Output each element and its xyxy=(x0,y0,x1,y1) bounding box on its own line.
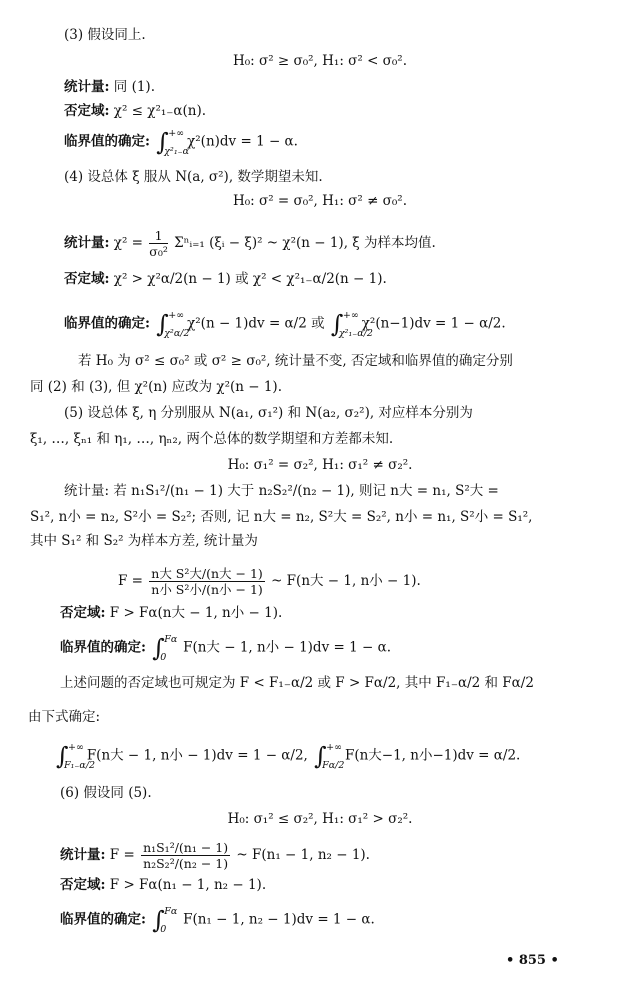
fraction: n₁S₁²/(n₁ − 1)n₂S₂²/(n₂ − 1) xyxy=(141,840,230,871)
section-5-heading: (5) 设总体 ξ, η 分别服从 N(a₁, σ₁²) 和 N(a₂, σ₂²… xyxy=(64,404,473,422)
label: 否定域: xyxy=(64,103,109,119)
alt-critical-values: ∫+∞F₁₋α/2 F(n大 − 1, n小 − 1)dv = 1 − α/2,… xyxy=(54,744,520,768)
section-4-heading: (4) 设总体 ξ 服从 N(a, σ²), 数学期望未知. xyxy=(64,168,323,186)
label: 临界值的确定: xyxy=(60,912,146,928)
statistic-4: 统计量: χ² = 1σ₀² Σⁿᵢ₌₁ (ξᵢ − ξ̄)² ~ χ²(n −… xyxy=(64,228,436,259)
rejection-region-4: 否定域: χ² > χ²α/2(n − 1) 或 χ² < χ²₁₋α/2(n … xyxy=(64,270,387,288)
hypothesis-3: H₀: σ² ≥ σ₀², H₁: σ² < σ₀². xyxy=(0,52,640,70)
section-5-cont: ξ₁, …, ξₙ₁ 和 η₁, …, ηₙ₂, 两个总体的数学期望和方差都未知… xyxy=(30,430,393,448)
value: 同 (1). xyxy=(114,79,155,95)
critical-value-3: 临界值的确定: ∫+∞χ²₁₋α χ²(n)dv = 1 − α. xyxy=(64,130,298,154)
critical-value-6: 临界值的确定: ∫Fα0 F(n₁ − 1, n₂ − 1)dv = 1 − α… xyxy=(60,908,375,932)
integral-sign: ∫Fα0 xyxy=(152,908,165,932)
integral-sign: ∫+∞χ²α/2 xyxy=(156,312,169,336)
integral-sign: ∫+∞χ²₁₋α xyxy=(156,130,169,154)
rejection-region-5: 否定域: F > Fα(n大 − 1, n小 − 1). xyxy=(60,604,282,622)
page-number: • 855 • xyxy=(506,952,559,970)
value: F > Fα(n₁ − 1, n₂ − 1). xyxy=(110,877,266,893)
label: 否定域: xyxy=(60,605,105,621)
label: 统计量: xyxy=(64,235,109,251)
rejection-region-3: 否定域: χ² ≤ χ²₁₋α(n). xyxy=(64,102,206,120)
label: 临界值的确定: xyxy=(64,134,150,150)
integral-sign: ∫+∞Fα/2 xyxy=(314,744,327,768)
value: χ²(n)dv = 1 − α. xyxy=(187,134,298,150)
integral-sign: ∫Fα0 xyxy=(152,636,165,660)
alt-rejection-region: 上述问题的否定域也可规定为 F < F₁₋α/2 或 F > Fα/2, 其中 … xyxy=(60,674,534,692)
value: F > Fα(n大 − 1, n小 − 1). xyxy=(110,605,283,621)
integral-sign: ∫+∞χ²₁₋α/2 xyxy=(331,312,344,336)
label: 否定域: xyxy=(60,877,105,893)
label: 临界值的确定: xyxy=(60,640,146,656)
critical-value-4: 临界值的确定: ∫+∞χ²α/2 χ²(n − 1)dv = α/2 或 ∫+∞… xyxy=(64,312,506,336)
statistic-6: 统计量: F = n₁S₁²/(n₁ − 1)n₂S₂²/(n₂ − 1) ~ … xyxy=(60,840,370,871)
statistic-5-intro: 统计量: 若 n₁S₁²/(n₁ − 1) 大于 n₂S₂²/(n₂ − 1),… xyxy=(64,482,499,500)
statistic-5-formula: F = n大 S²大/(n大 − 1)n小 S²小/(n小 − 1) ~ F(n… xyxy=(118,566,421,597)
value: χ² > χ²α/2(n − 1) 或 χ² < χ²₁₋α/2(n − 1). xyxy=(114,271,387,287)
hypothesis-6: H₀: σ₁² ≤ σ₂², H₁: σ₁² > σ₂². xyxy=(0,810,640,828)
label: 临界值的确定: xyxy=(64,316,150,332)
section-6-heading: (6) 假设同 (5). xyxy=(60,784,152,802)
statistic-3: 统计量: 同 (1). xyxy=(64,78,155,96)
label: 否定域: xyxy=(64,271,109,287)
label: 统计量: xyxy=(60,847,105,863)
section-3-heading: (3) 假设同上. xyxy=(64,26,146,44)
fraction: n大 S²大/(n大 − 1)n小 S²小/(n小 − 1) xyxy=(149,566,265,597)
paragraph-note: 若 H₀ 为 σ² ≤ σ₀² 或 σ² ≥ σ₀², 统计量不变, 否定域和临… xyxy=(78,352,513,370)
alt-rejection-intro: 由下式确定: xyxy=(28,708,100,726)
paragraph-note-cont: 同 (2) 和 (3), 但 χ²(n) 应改为 χ²(n − 1). xyxy=(30,378,282,396)
integral-sign: ∫+∞F₁₋α/2 xyxy=(56,744,69,768)
critical-value-5: 临界值的确定: ∫Fα0 F(n大 − 1, n小 − 1)dv = 1 − α… xyxy=(60,636,391,660)
statistic-5-cont2: 其中 S₁² 和 S₂² 为样本方差, 统计量为 xyxy=(30,532,258,550)
statistic-5-cont: S₁², n小 = n₂, S²小 = S₂²; 否则, 记 n大 = n₂, … xyxy=(30,508,532,526)
fraction: 1σ₀² xyxy=(149,228,168,259)
label: 统计量: xyxy=(64,79,109,95)
rejection-region-6: 否定域: F > Fα(n₁ − 1, n₂ − 1). xyxy=(60,876,266,894)
value: χ² ≤ χ²₁₋α(n). xyxy=(114,103,206,119)
hypothesis-5: H₀: σ₁² = σ₂², H₁: σ₁² ≠ σ₂². xyxy=(0,456,640,474)
hypothesis-4: H₀: σ² = σ₀², H₁: σ² ≠ σ₀². xyxy=(0,192,640,210)
